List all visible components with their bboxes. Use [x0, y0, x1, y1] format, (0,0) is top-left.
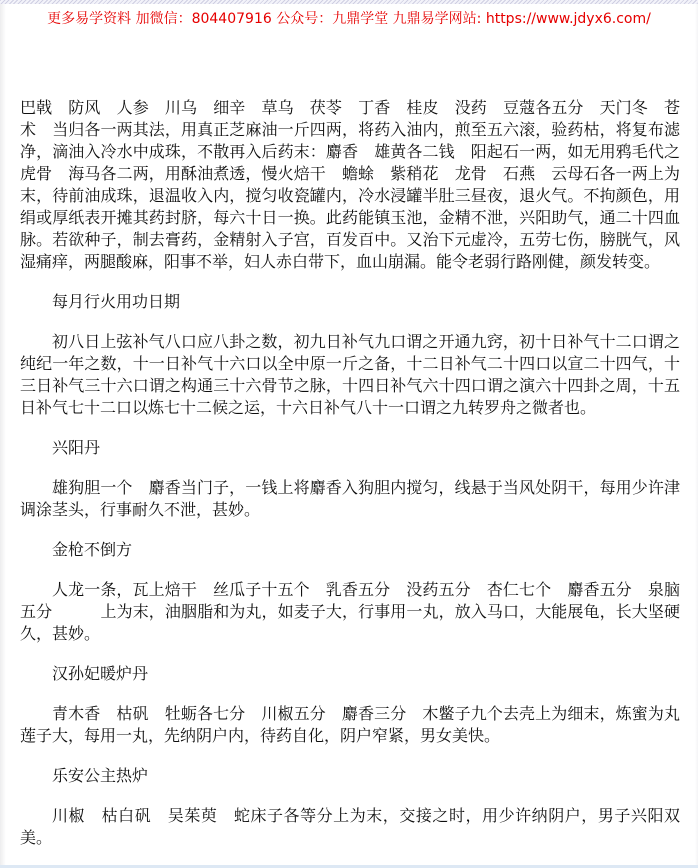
website-link[interactable]: https://www.jdyx6.com/	[486, 11, 651, 27]
section-title-jinqiang: 金枪不倒方	[20, 539, 680, 561]
section-title-xingyangdan: 兴阳丹	[20, 437, 680, 459]
paragraph-fire-schedule: 初八日上弦补气八口应八卦之数，初九日补气九口谓之开通九窍，初十日补气十二口谓之纯…	[20, 331, 680, 419]
paragraph-nuanludan: 青木香 枯矾 牡蛎各七分 川椒五分 麝香三分 木鳖子九个去壳上为细末，炼蜜为丸莲…	[20, 703, 680, 747]
promo-header: 更多易学资料 加微信：804407916 公众号：九鼎学堂 九鼎易学网站: ht…	[0, 0, 698, 29]
section-title-fire-schedule: 每月行火用功日期	[20, 291, 680, 313]
paragraph-relu: 川椒 枯白矾 吴茱萸 蛇床子各等分上为末，交接之时，用少许纳阴户，男子兴阳双美。	[20, 805, 680, 849]
paragraph-main-formula: 巴戟 防风 人参 川乌 细辛 草乌 茯苓 丁香 桂皮 没药 豆蔻各五分 天门冬 …	[20, 97, 680, 273]
promo-header-text: 更多易学资料 加微信：804407916 公众号：九鼎学堂 九鼎易学网站:	[47, 11, 486, 27]
page-left-edge	[0, 4, 6, 868]
document-page: 巴戟 防风 人参 川乌 细辛 草乌 茯苓 丁香 桂皮 没药 豆蔻各五分 天门冬 …	[0, 29, 698, 849]
section-title-relu: 乐安公主热炉	[20, 765, 680, 787]
paragraph-jinqiang: 人龙一条，瓦上焙干 丝瓜子十五个 乳香五分 没药五分 杏仁七个 麝香五分 泉脑五…	[20, 579, 680, 645]
page-top-edge	[0, 0, 698, 4]
section-title-nuanludan: 汉孙妃暖炉丹	[20, 663, 680, 685]
paragraph-xingyangdan: 雄狗胆一个 麝香当门子，一钱上将麝香入狗胆内搅匀，线悬于当风处阴干，每用少许津调…	[20, 477, 680, 521]
